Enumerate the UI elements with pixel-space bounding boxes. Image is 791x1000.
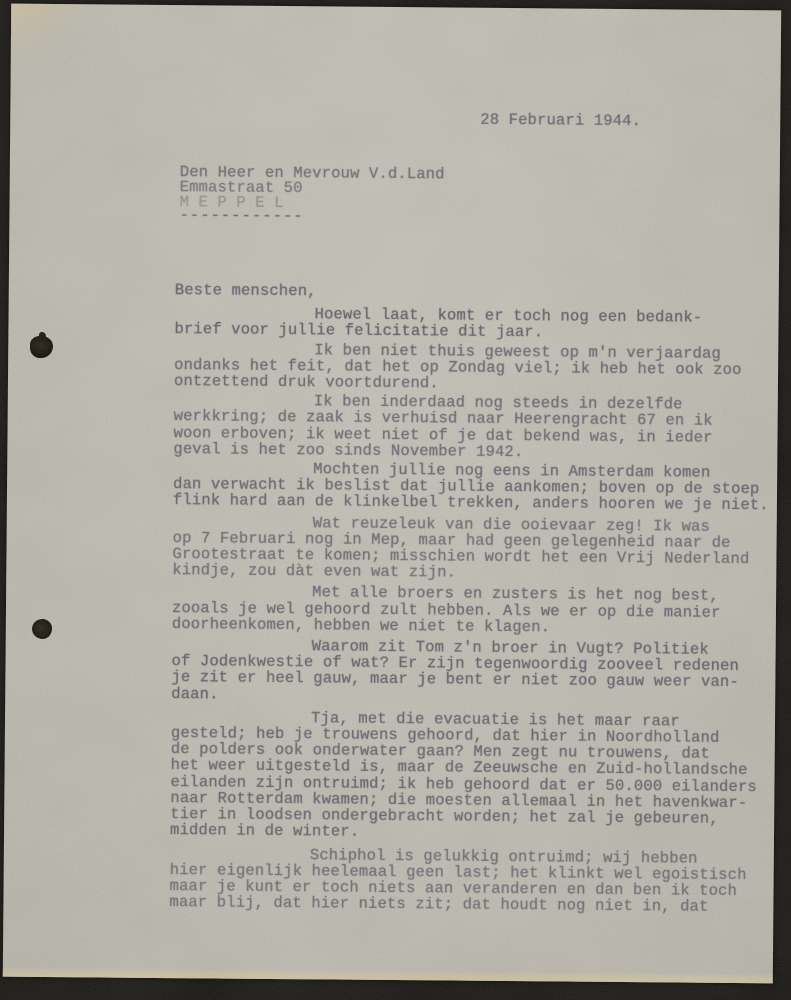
paragraph-4: Mochten jullie nog eens in Amsterdam kom… (173, 460, 773, 514)
punch-hole-bottom (32, 619, 52, 639)
paper-bottom-edge (3, 967, 773, 984)
paper-crease (10, 4, 201, 116)
paragraph-5: Wat reuzeleuk van die ooievaar zeg! Ik w… (172, 514, 773, 584)
scanned-letter: 28 Februari 1944. Den Heer en Mevrouw V.… (0, 0, 791, 1000)
paragraph-9: Schiphol is gelukkig ontruimd; wij hebbe… (169, 846, 770, 916)
paragraph-6: Met alle broers en zusters is het nog be… (172, 584, 772, 638)
letter-date: 28 Februari 1944. (480, 112, 641, 130)
paragraph-3: Ik ben inderdaad nog steeds in dezelfde … (173, 392, 774, 462)
paragraph-2: Ik ben niet thuis geweest op m'n verjaar… (174, 341, 774, 395)
paragraph-8: Tja, met die evacuatie is het maar raar … (170, 709, 771, 844)
letter-body: Beste menschen, Hoewel laat, komt er toc… (169, 282, 774, 916)
address-underline: ------------ (179, 208, 444, 226)
paragraph-1: Hoewel laat, komt er toch nog een bedank… (174, 305, 774, 343)
letter-page: 28 Februari 1944. Den Heer en Mevrouw V.… (3, 4, 781, 984)
salutation: Beste menschen, (175, 282, 775, 303)
recipient-address: Den Heer en Mevrouw V.d.Land Emmastraat … (179, 165, 444, 225)
paragraph-7: Waarom zit Tom z'n broer in Vugt? Politi… (171, 637, 772, 707)
